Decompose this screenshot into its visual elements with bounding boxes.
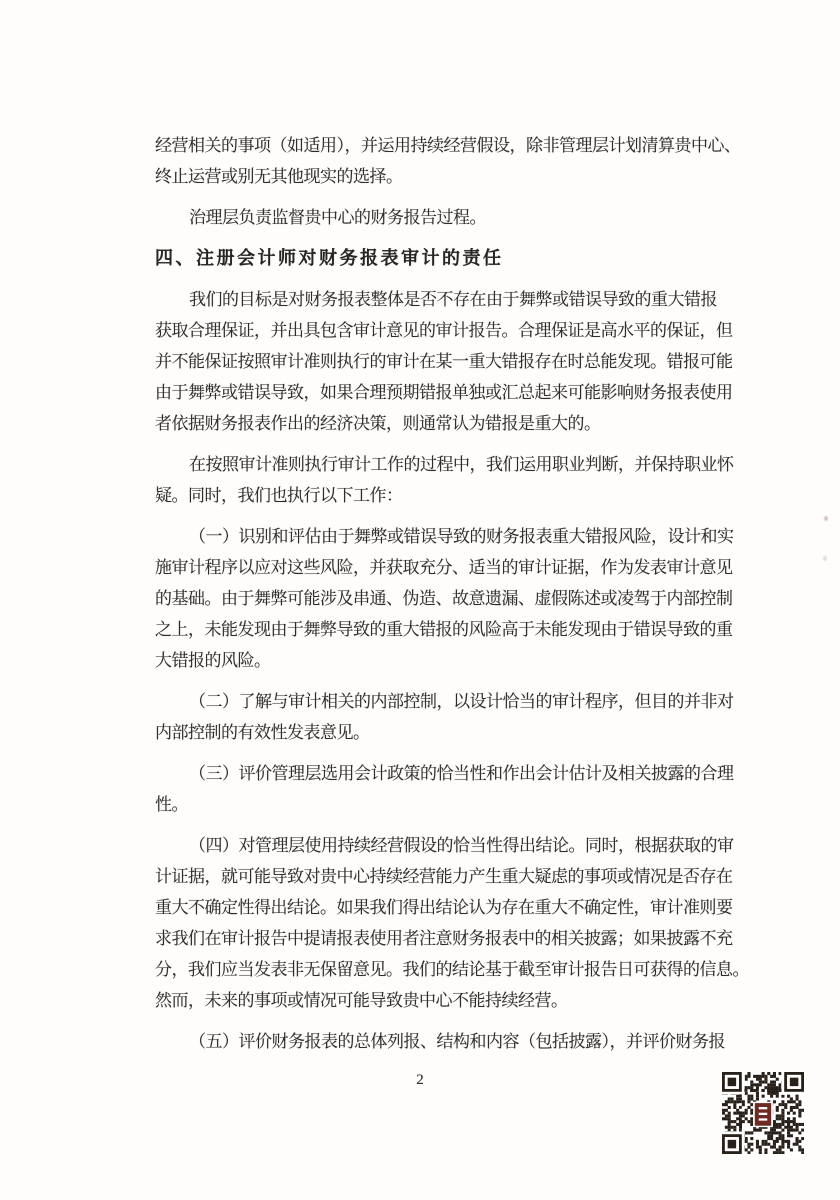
text-line: 获取合理保证，并出具包含审计意见的审计报告。合理保证是高水平的保证，但 [155,315,755,346]
text-line: 求我们在审计报告中提请报表使用者注意财务报表中的相关披露；如果披露不充 [155,923,755,954]
text-line: （四）对管理层使用持续经营假设的恰当性得出结论。同时，根据获取的审 [155,830,755,861]
text-line: 并不能保证按照审计准则执行的审计在某一重大错报存在时总能发现。错报可能 [155,346,755,377]
paragraph-item-3: （三）评价管理层选用会计政策的恰当性和作出会计估计及相关披露的合理性。 [155,758,755,820]
text-line: 大错报的风险。 [155,645,755,676]
text-line: 者依据财务报表作出的经济决策，则通常认为错报是重大的。 [155,408,755,439]
paragraph-item-4: （四）对管理层使用持续经营假设的恰当性得出结论。同时，根据获取的审计证据，就可能… [155,830,755,1016]
scan-artifact [824,516,828,521]
text-line: 疑。同时，我们也执行以下工作： [155,480,755,511]
text-line: 性。 [155,789,755,820]
text-line: （五）评价财务报表的总体列报、结构和内容（包括披露），并评价财务报 [155,1026,755,1057]
text-line: 分，我们应当发表非无保留意见。我们的结论基于截至审计报告日可获得的信息。 [155,954,755,985]
text-line: 在按照审计准则执行审计工作的过程中，我们运用职业判断，并保持职业怀 [155,449,755,480]
text-line: 的基础。由于舞弊可能涉及串通、伪造、故意遗漏、虚假陈述或凌驾于内部控制 [155,583,755,614]
text-line: 四、注册会计师对财务报表审计的责任 [155,243,755,274]
text-line: 由于舞弊或错误导致，如果合理预期错报单独或汇总起来可能影响财务报表使用 [155,377,755,408]
paragraph-audit-objective: 我们的目标是对财务报表整体是否不存在由于舞弊或错误导致的重大错报获取合理保证，并… [155,284,755,439]
document-page: 经营相关的事项（如适用），并运用持续经营假设，除非管理层计划清算贵中心、终止运营… [0,0,840,1200]
page-number: 2 [0,1069,840,1091]
paragraph-item-2: （二）了解与审计相关的内部控制，以设计恰当的审计程序，但目的并非对内部控制的有效… [155,686,755,748]
text-line: 之上，未能发现由于舞弊导致的重大错报的风险高于未能发现由于错误导致的重 [155,614,755,645]
text-line: 治理层负责监督贵中心的财务报告过程。 [155,202,755,233]
paragraph-item-1: （一）识别和评估由于舞弊或错误导致的财务报表重大错报风险，设计和实施审计程序以应… [155,521,755,676]
text-line: 终止运营或别无其他现实的选择。 [155,161,755,192]
text-line: 内部控制的有效性发表意见。 [155,717,755,748]
section-heading-4: 四、注册会计师对财务报表审计的责任 [155,243,755,274]
qr-code-icon [722,1072,804,1154]
text-line: 我们的目标是对财务报表整体是否不存在由于舞弊或错误导致的重大错报 [155,284,755,315]
paragraph-governance: 治理层负责监督贵中心的财务报告过程。 [155,202,755,233]
text-line: 施审计程序以应对这些风险，并获取充分、适当的审计证据，作为发表审计意见 [155,552,755,583]
text-line: （三）评价管理层选用会计政策的恰当性和作出会计估计及相关披露的合理 [155,758,755,789]
document-body: 经营相关的事项（如适用），并运用持续经营假设，除非管理层计划清算贵中心、终止运营… [155,130,755,1057]
text-line: （一）识别和评估由于舞弊或错误导致的财务报表重大错报风险，设计和实 [155,521,755,552]
paragraph-going-concern-continuation: 经营相关的事项（如适用），并运用持续经营假设，除非管理层计划清算贵中心、终止运营… [155,130,755,192]
paragraph-item-5: （五）评价财务报表的总体列报、结构和内容（包括披露），并评价财务报 [155,1026,755,1057]
scan-artifact [823,556,827,561]
text-line: 经营相关的事项（如适用），并运用持续经营假设，除非管理层计划清算贵中心、 [155,130,755,161]
text-line: （二）了解与审计相关的内部控制，以设计恰当的审计程序，但目的并非对 [155,686,755,717]
paragraph-professional-judgment: 在按照审计准则执行审计工作的过程中，我们运用职业判断，并保持职业怀疑。同时，我们… [155,449,755,511]
text-line: 重大不确定性得出结论。如果我们得出结论认为存在重大不确定性，审计准则要 [155,892,755,923]
text-line: 计证据，就可能导致对贵中心持续经营能力产生重大疑虑的事项或情况是否存在 [155,861,755,892]
text-line: 然而，未来的事项或情况可能导致贵中心不能持续经营。 [155,985,755,1016]
